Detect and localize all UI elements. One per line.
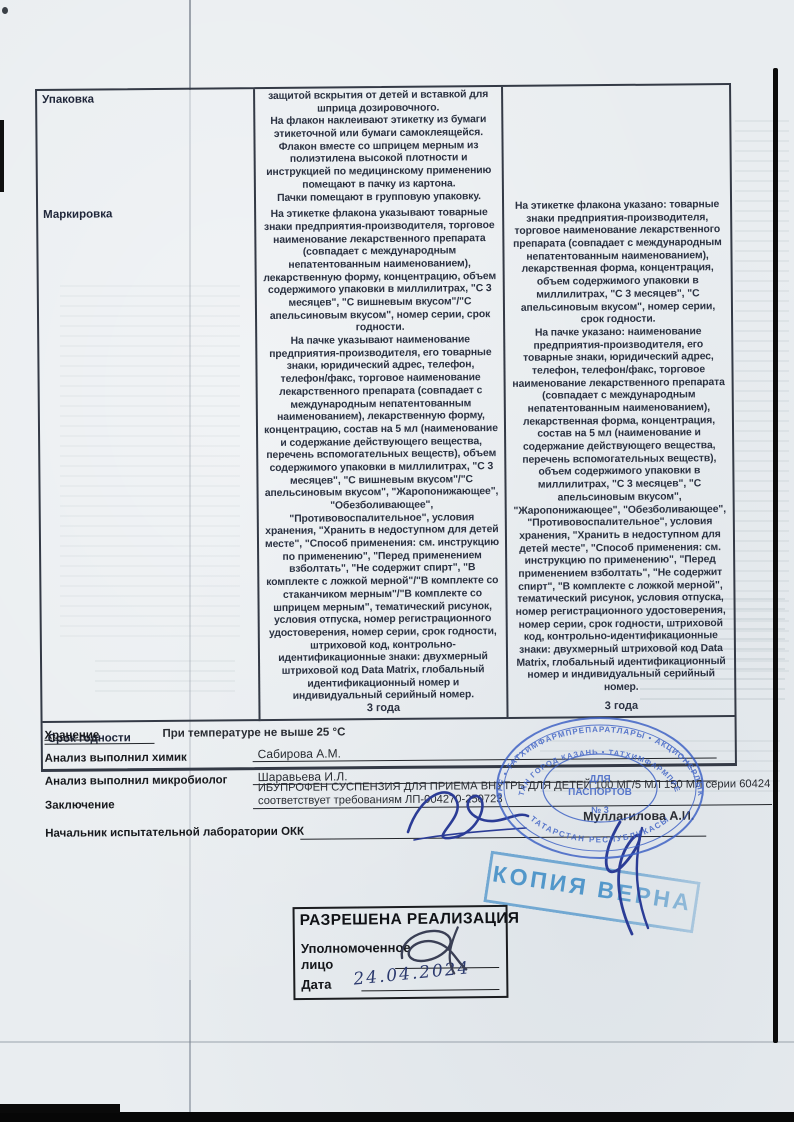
marking-requirement-text: На этикетке флакона указывают товарные з… (256, 205, 506, 706)
round-org-stamp: КАЗАН ШӘҺӘРЕ • ТАТХИМФАРМПРЕПАРАТЛАРЫ • … (490, 712, 710, 864)
stamp-center-line2: ПАСПОРТОВ (568, 787, 632, 798)
table-column-requirements: защитой вскрытия от детей и вставкой для… (255, 87, 509, 721)
authorized-person-signature (390, 919, 479, 978)
date-underline (361, 989, 499, 992)
release-permission-stamp: РАЗРЕШЕНА РЕАЛИЗАЦИЯ Уполномоченное лицо… (293, 905, 509, 1000)
scanned-qc-passport-page: Упаковка Маркировка защитой вскрытия от … (0, 0, 794, 1122)
shelf-life-requirement: 3 года (260, 701, 506, 715)
svg-text:ТАТАРСТАН РЕСПУБЛИКАСЫ: ТАТАРСТАН РЕСПУБЛИКАСЫ (529, 814, 672, 844)
conclusion-label: Заключение (45, 799, 115, 812)
chemist-value: Сабирова А.М. (258, 746, 341, 761)
lab-head-label: Начальник испытательной лаборатории ОКК (45, 826, 304, 840)
scan-artifact-bottom-bar (0, 1112, 794, 1122)
packaging-requirement-text: защитой вскрытия от детей и вставкой для… (255, 87, 502, 207)
qc-table: Упаковка Маркировка защитой вскрытия от … (35, 83, 737, 772)
marking-result-text: На этикетке флакона указано: товарные зн… (504, 197, 734, 698)
scan-artifact-left-sliver (0, 120, 4, 192)
storage-label: Хранение (44, 729, 99, 741)
scan-artifact-top-dot (2, 7, 8, 14)
bleedthrough-noise (735, 120, 789, 680)
chemist-label: Анализ выполнил химик (45, 752, 187, 765)
fold-crease-horizontal (0, 1041, 794, 1043)
shelf-life-result: 3 года (508, 699, 734, 713)
scan-artifact-right-bar (773, 68, 778, 1043)
scan-artifact-bottom-left (0, 1104, 120, 1113)
storage-underline (45, 743, 155, 745)
stamp-ring-outer-bottom: ТАТАРСТАН РЕСПУБЛИКАСЫ (529, 814, 672, 844)
authorized-person-label-line2: лицо (301, 957, 333, 972)
microbiologist-label: Анализ выполнил микробиолог (45, 774, 228, 787)
table-column-results: На этикетке флакона указано: товарные зн… (503, 85, 735, 719)
date-label: Дата (301, 977, 331, 992)
stamp-center-line1: ДЛЯ (589, 774, 610, 785)
stamp-center-line3: № 3 (591, 805, 609, 815)
row-label-packaging: Упаковка (42, 94, 94, 106)
row-label-marking: Маркировка (43, 208, 112, 221)
table-column-parameters: Упаковка Маркировка (37, 89, 261, 723)
storage-value: При температуре не выше 25 °С (162, 726, 345, 739)
